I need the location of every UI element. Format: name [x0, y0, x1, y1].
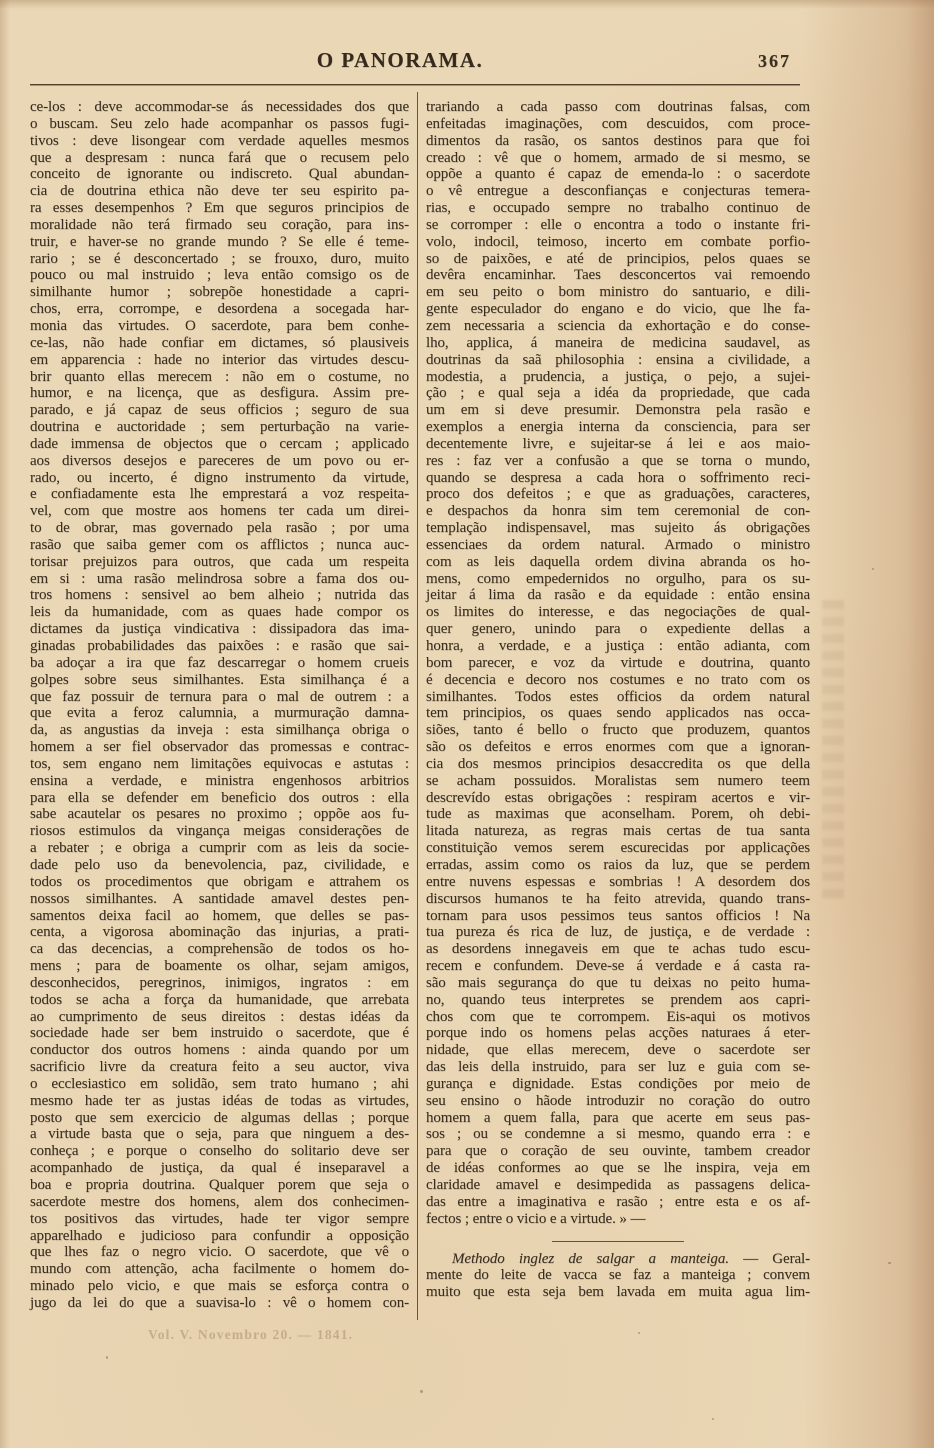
- text-line: rias, e occupado sempre no trabalho cont…: [426, 200, 810, 217]
- text-line: humor, e na licença, que as desfigura. A…: [30, 385, 409, 402]
- text-line: devêra encaminhar. Taes desconcertos vai…: [426, 267, 810, 284]
- text-line: em apparencia : hade no interior das vir…: [30, 352, 409, 369]
- text-line: parado, e já capaz de seus officios ; se…: [30, 402, 409, 419]
- text-line: para que o coração de seu ouvinte, tambe…: [426, 1143, 810, 1160]
- text-line: sos ; ou se condemne a si mesmo, quando …: [426, 1126, 810, 1143]
- text-line: posto que sem exercicio de algumas della…: [30, 1110, 409, 1127]
- text-line: doutrinas da saã philosophia : ensina a …: [426, 352, 810, 369]
- text-line: vel, com que mostre aos homens ter cada …: [30, 503, 409, 520]
- text-line: similhantes. Todos estes officios da ord…: [426, 689, 810, 706]
- text-line: Methodo inglez de salgar a manteiga. — G…: [426, 1251, 810, 1268]
- text-line: torisar prejuizos para outros, que cada …: [30, 554, 409, 571]
- text-line: chos com que te corrompem. Eis-aqui os m…: [426, 1009, 810, 1026]
- text-line: tude as maximas que aconselham. Porem, o…: [426, 806, 810, 823]
- text-line: cia dos mesmos principios desaccredita o…: [426, 756, 810, 773]
- text-line: tros homens : sensivel ao bem alheio ; n…: [30, 587, 409, 604]
- paper-speck: [872, 568, 874, 570]
- text-line: siões, tanto é bello o fructo que produz…: [426, 722, 810, 739]
- article-paragraph: Methodo inglez de salgar a manteiga. — G…: [426, 1251, 810, 1302]
- text-line: gente especulador do engano e do vicio, …: [426, 301, 810, 318]
- paper-speck: [106, 1356, 108, 1359]
- text-line: o ecclesiastico em solidão, sem trato hu…: [30, 1076, 409, 1093]
- text-line: acompanhado de justiça, da qual é insepa…: [30, 1160, 409, 1177]
- text-line: se corromper : elle o encontra a todo o …: [426, 217, 810, 234]
- text-line: brir quanto ellas merecem : não em o cos…: [30, 369, 409, 386]
- text-line: creado : vê que o homem, armado de si me…: [426, 150, 810, 167]
- paper-speck: [638, 1332, 640, 1334]
- text-line: minado pelo vicio, e que mais se esforça…: [30, 1278, 409, 1295]
- text-line: sacerdote mestre dos homens, alem dos co…: [30, 1194, 409, 1211]
- text-line: tem principios, os quaes sendo applicado…: [426, 705, 810, 722]
- text-line: em si : uma rasão melindrosa sobre a fam…: [30, 571, 409, 588]
- text-line: entre nuvens espessas e sombrias ! A des…: [426, 874, 810, 891]
- left-column: ce-los : deve accommodar-se ás necessida…: [30, 99, 409, 1312]
- text-line: mente do leite de vacca se faz a manteig…: [426, 1267, 810, 1284]
- text-line: tos, sem engano nem limitações equivocas…: [30, 756, 409, 773]
- text-line: dade pelo uso da benevolencia, paz, civi…: [30, 857, 409, 874]
- text-line: samentos deixa facil ao homem, que delle…: [30, 908, 409, 925]
- text-line: a virtude basta que o seja, para que nin…: [30, 1126, 409, 1143]
- text-line: todos se acha a força da humanidade, que…: [30, 992, 409, 1009]
- text-line: muito que esta seja bem lavada em muita …: [426, 1284, 810, 1301]
- paper-speck: [420, 1390, 423, 1393]
- text-line: ao cumprimento de seus direitos : destas…: [30, 1009, 409, 1026]
- text-line: dade immensa de objectos que o cercam ; …: [30, 436, 409, 453]
- text-line: jugo da lei do que a suavisa-lo : vê o h…: [30, 1295, 409, 1312]
- text-line: exemplos a energia interna da conscienci…: [426, 419, 810, 436]
- text-line: tivos : deve lisongear com verdade aquel…: [30, 133, 409, 150]
- text-line: as desordens innegaveis em que te achas …: [426, 941, 810, 958]
- text-line: apparelhado e judicioso para confundir a…: [30, 1228, 409, 1245]
- text-line: claridade amavel e desimpedida as passag…: [426, 1177, 810, 1194]
- text-line: ensina a verdade, e ministra engenhosos …: [30, 773, 409, 790]
- text-line: res : faz ver a confusão a que se torna …: [426, 453, 810, 470]
- text-line: similhante humor ; sobrepõe honestidade …: [30, 284, 409, 301]
- page-number: 367: [758, 51, 798, 72]
- text-line: das leis della instruido, para ser luz e…: [426, 1059, 810, 1076]
- text-line: que evita a feroz calumnia, a murmuração…: [30, 705, 409, 722]
- text-line: leis da humanidade, com as quaes hade co…: [30, 604, 409, 621]
- text-line: riosos estimulos da vingança meigas cons…: [30, 823, 409, 840]
- text-line: chos, erra, corrompe, e desordena a soce…: [30, 301, 409, 318]
- text-line: rario ; se é desconcertado ; se frouxo, …: [30, 251, 409, 268]
- text-line: mesmo hade ter as justas idéas de todas …: [30, 1093, 409, 1110]
- text-line: no, quando teus interpretes se prendem a…: [426, 992, 810, 1009]
- text-line: tornam para usos pessimos teus santos of…: [426, 908, 810, 925]
- text-line: das entre a imaginativa e rasão ; entre …: [426, 1194, 810, 1211]
- text-line: tos positivos das virtudes, hade ter vig…: [30, 1211, 409, 1228]
- text-line: nossos similhantes. A santidade amavel d…: [30, 891, 409, 908]
- text-line: e confiadamente esta lhe emprestará a vo…: [30, 486, 409, 503]
- text-line: enfeitadas imaginações, com descuidos, c…: [426, 116, 810, 133]
- text-line: cia de doutrina ethica não deve ter seu …: [30, 183, 409, 200]
- text-line: boa e propria doutrina. Qualquer porem q…: [30, 1177, 409, 1194]
- text-line: mens ; para de boamente os olhar, sejam …: [30, 958, 409, 975]
- text-line: todos os procedimentos que obrigam e att…: [30, 874, 409, 891]
- text-line: discursos humanos te ha feito atrevida, …: [426, 891, 810, 908]
- text-line: de idéas conformes ao que se lhe inspira…: [426, 1160, 810, 1177]
- text-line: mundo com attenção, acha facilmente o ho…: [30, 1261, 409, 1278]
- outer-margin-shading: [800, 0, 934, 1448]
- text-line: mens, como empedernidos no orgulho, para…: [426, 571, 810, 588]
- text-line: centa, a vigorosa abominação das injuria…: [30, 924, 409, 941]
- text-line: golpes sobre seus similhantes. Esta simi…: [30, 672, 409, 689]
- page-title: O PANORAMA.: [30, 48, 770, 73]
- text-line: dictames da justiça vindicativa : dissip…: [30, 621, 409, 638]
- text-line: o buscam. Seu zelo hade acompanhar os pa…: [30, 116, 409, 133]
- text-line: aos diversos desejos e pareceres de um p…: [30, 453, 409, 470]
- text-line: honra, a verdade, e a justiça : então ad…: [426, 638, 810, 655]
- text-line: nidade, que ellas merecem, deve o sacerd…: [426, 1042, 810, 1059]
- text-line: ba adoçar a ira que faz descarregar o ho…: [30, 655, 409, 672]
- text-line: erradas, assim como os raios da luz, que…: [426, 857, 810, 874]
- text-line: a rebater ; e obriga a cumprir com as le…: [30, 840, 409, 857]
- paper-speck: [712, 1418, 714, 1420]
- text-line: são mais segurança do que tu deixas no p…: [426, 975, 810, 992]
- text-line: to de obrar, mas governado pela rasão ; …: [30, 520, 409, 537]
- text-line: gurança e dignidade. Estas condições por…: [426, 1076, 810, 1093]
- text-line: oppõe a quanto é capaz de emenda-lo : o …: [426, 166, 810, 183]
- text-line: bom parecer, e voz da virtude e doutrina…: [426, 655, 810, 672]
- text-line: conceito de ignorante ou indiscreto. Qua…: [30, 166, 409, 183]
- text-line: truir, e haver-se no grande mundo ? Se e…: [30, 234, 409, 251]
- text-line: que lhes faz o negro vicio. O sacerdote,…: [30, 1244, 409, 1261]
- text-line: decentemente livre, e sujeitar-se á lei …: [426, 436, 810, 453]
- text-line: templação indispensavel, mas sujeito ás …: [426, 520, 810, 537]
- text-line: ce-los : deve accommodar-se ás necessida…: [30, 99, 409, 116]
- text-line: ca das decencias, a comprehensão de todo…: [30, 941, 409, 958]
- text-line: sociedade hade ser bem instruido o sacer…: [30, 1025, 409, 1042]
- text-line: para ella se defender em beneficio dos o…: [30, 790, 409, 807]
- text-line: sacrificio livre da creatura feito a seu…: [30, 1059, 409, 1076]
- text-line: lho, applica, á maneira de medicina saud…: [426, 335, 810, 352]
- scanned-document-page: O PANORAMA. 367 ce-los : deve accommodar…: [0, 0, 934, 1448]
- text-line: descrevído estas obrigações : respiram a…: [426, 790, 810, 807]
- text-line: constituição vemos serem escurecidas por…: [426, 840, 810, 857]
- text-line: rado, ou incerto, é digno instrumento da…: [30, 470, 409, 487]
- text-line: moralidade não terá firmado seu coração,…: [30, 217, 409, 234]
- text-line: litada natureza, as regras mais certas d…: [426, 823, 810, 840]
- text-line: essenciaes da ordem natural. Armado o mi…: [426, 537, 810, 554]
- text-line: ra esses desempenhos ? Em que seguros pr…: [30, 200, 409, 217]
- column-divider: [417, 92, 418, 1320]
- text-line: sabe acautelar os pesares no proximo ; o…: [30, 806, 409, 823]
- text-line: volo, indocil, teimoso, incerto em comba…: [426, 234, 810, 251]
- text-line: ção ; e qual seja a idéa da propriedade,…: [426, 385, 810, 402]
- text-line: pouco ou mal instruido ; leva então coms…: [30, 267, 409, 284]
- text-line: que faz possuir de ternura para o mal de…: [30, 689, 409, 706]
- text-line: são os defeitos e erros enormes com que …: [426, 739, 810, 756]
- text-line: homem a quem falla, para que acerte em s…: [426, 1110, 810, 1127]
- text-line: modestia, a prudencia, a justiça, o pejo…: [426, 369, 810, 386]
- text-line: quando se despresa a cada hora o soffrim…: [426, 470, 810, 487]
- text-line: jeitar á lima da rasão e da equidade : e…: [426, 587, 810, 604]
- text-line: conheça ; e porque o conselho do solitar…: [30, 1143, 409, 1160]
- text-line: que a despresam : nunca fará que o recus…: [30, 150, 409, 167]
- text-line: seu ensino o hãode introduzir no coração…: [426, 1093, 810, 1110]
- footer-ghost-text: Vol. V. Novembro 20. — 1841.: [148, 1327, 448, 1343]
- text-line: rasão que saiba gemer com os afflictos ;…: [30, 537, 409, 554]
- text-line: trariando a cada passo com doutrinas fal…: [426, 99, 810, 116]
- text-line: zem necessaria a sciencia da exhortação …: [426, 318, 810, 335]
- text-line: o vê entregue a desconfianças e conjectu…: [426, 183, 810, 200]
- text-line: um em si deve presumir. Demonstra pela r…: [426, 402, 810, 419]
- text-line: conductor dos outros homens : ainda quan…: [30, 1042, 409, 1059]
- text-line: em seu peito o bom ministro do santuario…: [426, 284, 810, 301]
- text-line: doutrina e auctoridade ; sem perturbação…: [30, 419, 409, 436]
- text-line: ginadas probabilidades das paixões : e r…: [30, 638, 409, 655]
- text-line: monia das virtudes. O sacerdote, para be…: [30, 318, 409, 335]
- text-line: proco dos defeitos ; e que as graduações…: [426, 486, 810, 503]
- text-line: homem a ser fiel observador das promessa…: [30, 739, 409, 756]
- ink-bleedthrough-smudge: [822, 600, 844, 900]
- text-line: tua pureza és rica de luz, de justiça, e…: [426, 924, 810, 941]
- paper-speck: [888, 1262, 891, 1264]
- text-line: recem e confundem. Deve-se á verdade e á…: [426, 958, 810, 975]
- text-line: da, as angustias da inveja : esta similh…: [30, 722, 409, 739]
- text-line: ce-las, não hade confiar em dictames, só…: [30, 335, 409, 352]
- quote-text: trariando a cada passo com doutrinas fal…: [426, 99, 810, 1228]
- text-line: so de paixões, e até de principios, pelo…: [426, 251, 810, 268]
- header-rule: [30, 84, 800, 86]
- text-line: e despachos da honra sim tem ceremonial …: [426, 503, 810, 520]
- text-line: os limites do interesse, e das negociaçõ…: [426, 604, 810, 621]
- text-line: porque indo os homens pelas acções natur…: [426, 1025, 810, 1042]
- text-line: quer genero, unindo para o expediente de…: [426, 621, 810, 638]
- text-line: se acham possuidos. Moralistas sem numer…: [426, 773, 810, 790]
- text-line: dimentos da rasão, os santos destinos pa…: [426, 133, 810, 150]
- text-line: fectos ; entre o vicio e a virtude. » —: [426, 1211, 810, 1228]
- right-column: trariando a cada passo com doutrinas fal…: [426, 99, 810, 1301]
- section-separator-rule: [552, 1241, 684, 1242]
- text-line: com as leis daquella ordem divina abrand…: [426, 554, 810, 571]
- text-line: é decencia e decoro nos costumes e no tr…: [426, 672, 810, 689]
- text-line: desconhecidos, peregrinos, inimigos, ing…: [30, 975, 409, 992]
